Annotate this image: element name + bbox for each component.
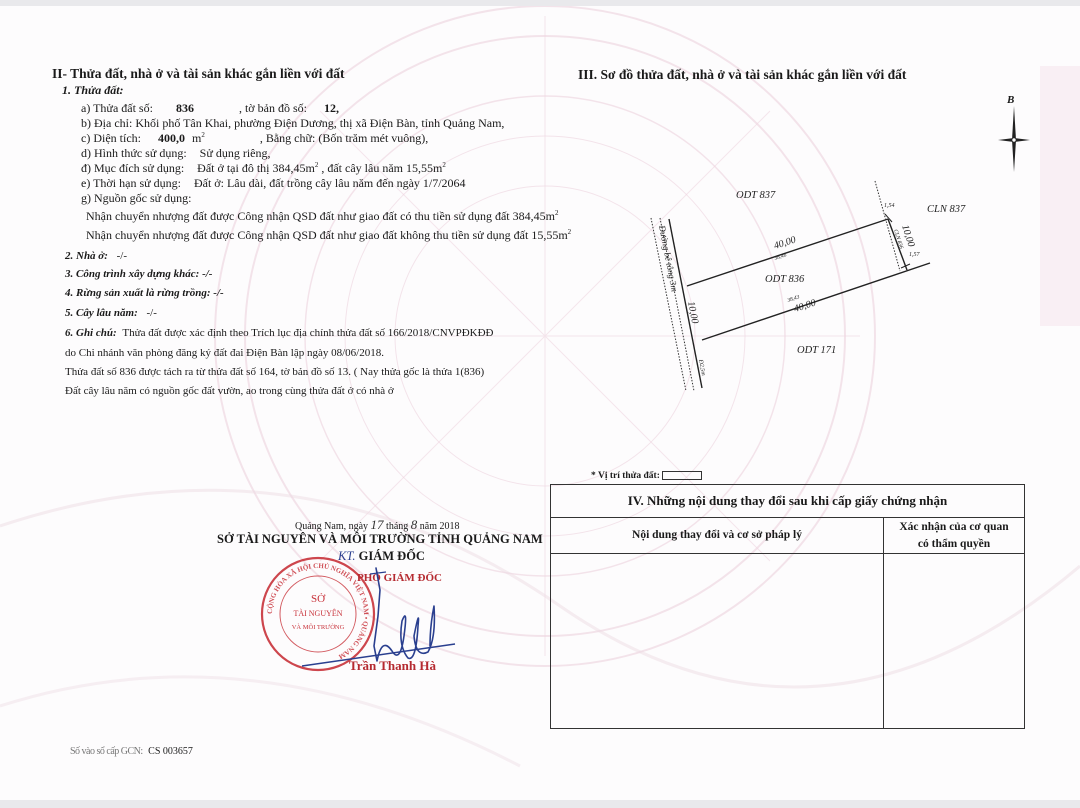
parcel-number-label: a) Thửa đất số: bbox=[81, 101, 153, 115]
sup: 2 bbox=[555, 209, 559, 217]
top-edge-small: 38,46 bbox=[773, 251, 788, 262]
col-confirm-line-1: Xác nhận của cơ quan bbox=[899, 521, 1008, 533]
parcel-location-box bbox=[662, 471, 702, 480]
note-line-4: Đất cây lâu năm có nguồn gốc đất vườn, a… bbox=[65, 385, 394, 397]
changes-table-col-content: Nội dung thay đổi và cơ sở pháp lý bbox=[551, 518, 884, 554]
serial-number: CS 003657 bbox=[148, 746, 193, 757]
origin-line-2: Nhận chuyển nhượng đất được Công nhận QS… bbox=[86, 228, 571, 243]
parcel-map: ODT 837 CLN 837 ODT 836 ODT 171 40,00 38… bbox=[600, 86, 1040, 426]
col-confirm-line-2: có thẩm quyền bbox=[918, 538, 990, 550]
usage-form-label: d) Hình thức sử dụng: bbox=[81, 146, 187, 160]
place-date: Quảng Nam, ngày 17 tháng 8 năm 2018 bbox=[295, 517, 459, 533]
map-label-odt837: ODT 837 bbox=[736, 190, 776, 201]
section-3-title: III. Sơ đồ thửa đất, nhà ở và tài sản kh… bbox=[578, 67, 906, 83]
origin-line-1: Nhận chuyển nhượng đất được Công nhận QS… bbox=[86, 209, 558, 224]
map-label-odt836: ODT 836 bbox=[765, 274, 805, 285]
origin-line-2-text: Nhận chuyển nhượng đất được Công nhận QS… bbox=[86, 228, 568, 242]
perennial-value: -/- bbox=[146, 307, 156, 319]
area-unit: m bbox=[192, 131, 201, 145]
note-line-1-text: Thửa đất được xác định theo Trích lục đị… bbox=[122, 327, 493, 339]
certificate-page: II- Thửa đất, nhà ở và tài sản khác gắn … bbox=[0, 6, 1080, 800]
area-row: c) Diện tích: 400,0 m2 , Bằng chữ: (Bốn … bbox=[81, 131, 428, 146]
section-2-sub1: 1. Thửa đất: bbox=[62, 83, 124, 98]
map-label-odt171: ODT 171 bbox=[797, 345, 836, 356]
perennial-label: 5. Cây lâu năm: bbox=[65, 307, 138, 319]
map-label-cln837: CLN 837 bbox=[927, 204, 966, 215]
usage-form-value: Sử dụng riêng, bbox=[200, 146, 271, 160]
other-construction-row: 3. Công trình xây dựng khác: -/- bbox=[65, 268, 212, 280]
area-label: c) Diện tích: bbox=[81, 131, 141, 145]
changes-table: IV. Những nội dung thay đổi sau khi cấp … bbox=[550, 484, 1025, 729]
area-value: 400,0 bbox=[158, 131, 185, 145]
area-words: , Bằng chữ: (Bốn trăm mét vuông), bbox=[260, 131, 428, 145]
serial-prefix: Số vào sổ cấp GCN: bbox=[70, 746, 143, 757]
map-sheet-value: 12, bbox=[324, 101, 339, 115]
date-month: 8 bbox=[411, 517, 418, 532]
usage-purpose-value-b: , đất cây lâu năm 15,55m bbox=[318, 161, 442, 175]
forest-row: 4. Rừng sản xuất là rừng trồng: -/- bbox=[65, 287, 224, 299]
usage-term-label: e) Thời hạn sử dụng: bbox=[81, 176, 181, 190]
house-label: 2. Nhà ở: bbox=[65, 250, 108, 262]
changes-table-content-cell bbox=[551, 554, 884, 729]
note-line-1: 6. Ghi chú: Thửa đất được xác định theo … bbox=[65, 327, 493, 339]
certificate-serial: Số vào sổ cấp GCN: CS 003657 bbox=[70, 746, 193, 757]
signer-name: Trần Thanh Hà bbox=[349, 658, 436, 674]
origin-label: g) Nguồn gốc sử dụng: bbox=[81, 191, 192, 206]
origin-line-1-text: Nhận chuyển nhượng đất được Công nhận QS… bbox=[86, 209, 555, 223]
issuing-agency: SỞ TÀI NGUYÊN VÀ MÔI TRƯỜNG TỈNH QUẢNG N… bbox=[217, 532, 543, 547]
note-label: 6. Ghi chú: bbox=[65, 327, 117, 339]
usage-purpose-row: đ) Mục đích sử dụng: Đất ở tại đô thị 38… bbox=[81, 161, 446, 176]
parcel-number-row: a) Thửa đất số: 836 , tờ bản đồ số: 12, bbox=[81, 101, 339, 116]
usage-term-value: Đất ở: Lâu dài, đất trồng cây lâu năm đế… bbox=[194, 176, 466, 190]
sup: 2 bbox=[442, 161, 446, 169]
usage-purpose-value-a: Đất ở tại đô thị 384,45m bbox=[197, 161, 315, 175]
usage-term-row: e) Thời hạn sử dụng: Đất ở: Lâu dài, đất… bbox=[81, 176, 466, 191]
map-sheet-label: , tờ bản đồ số: bbox=[239, 101, 307, 115]
house-row: 2. Nhà ở: -/- bbox=[65, 250, 127, 262]
east-offset-bottom: 1,57 bbox=[909, 252, 921, 258]
changes-table-confirm-cell bbox=[884, 554, 1025, 729]
east-offset-top: 1,54 bbox=[884, 202, 895, 209]
area-unit-sup: 2 bbox=[201, 131, 205, 139]
date-month-label: tháng bbox=[386, 521, 408, 532]
perennial-row: 5. Cây lâu năm: -/- bbox=[65, 307, 157, 319]
west-edge-length: 10,00 bbox=[685, 300, 700, 324]
usage-form-row: d) Hình thức sử dụng: Sử dụng riêng, bbox=[81, 146, 271, 161]
note-line-2: do Chi nhánh văn phòng đăng ký đất đai Đ… bbox=[65, 347, 384, 359]
usage-purpose-label: đ) Mục đích sử dụng: bbox=[81, 161, 184, 175]
date-day: 17 bbox=[371, 517, 384, 532]
top-edge-length: 40,00 bbox=[773, 234, 798, 251]
date-year: năm 2018 bbox=[420, 521, 460, 532]
sup: 2 bbox=[568, 228, 572, 236]
changes-table-title: IV. Những nội dung thay đổi sau khi cấp … bbox=[551, 485, 1025, 518]
house-value: -/- bbox=[117, 250, 127, 262]
section-2-title: II- Thửa đất, nhà ở và tài sản khác gắn … bbox=[52, 66, 345, 82]
parcel-number-value: 836 bbox=[176, 101, 194, 115]
place-date-prefix: Quảng Nam, ngày bbox=[295, 521, 368, 532]
note-line-3: Thửa đất số 836 được tách ra từ thửa đất… bbox=[65, 366, 484, 378]
parcel-location-row: * Vị trí thửa đất: bbox=[591, 471, 702, 481]
parcel-location-label: * Vị trí thửa đất: bbox=[591, 471, 660, 481]
handwritten-signature bbox=[290, 566, 460, 671]
address-row: b) Địa chỉ: Khối phố Tân Khai, phường Đi… bbox=[81, 116, 504, 131]
changes-table-col-confirm: Xác nhận của cơ quan có thẩm quyền bbox=[884, 518, 1025, 554]
